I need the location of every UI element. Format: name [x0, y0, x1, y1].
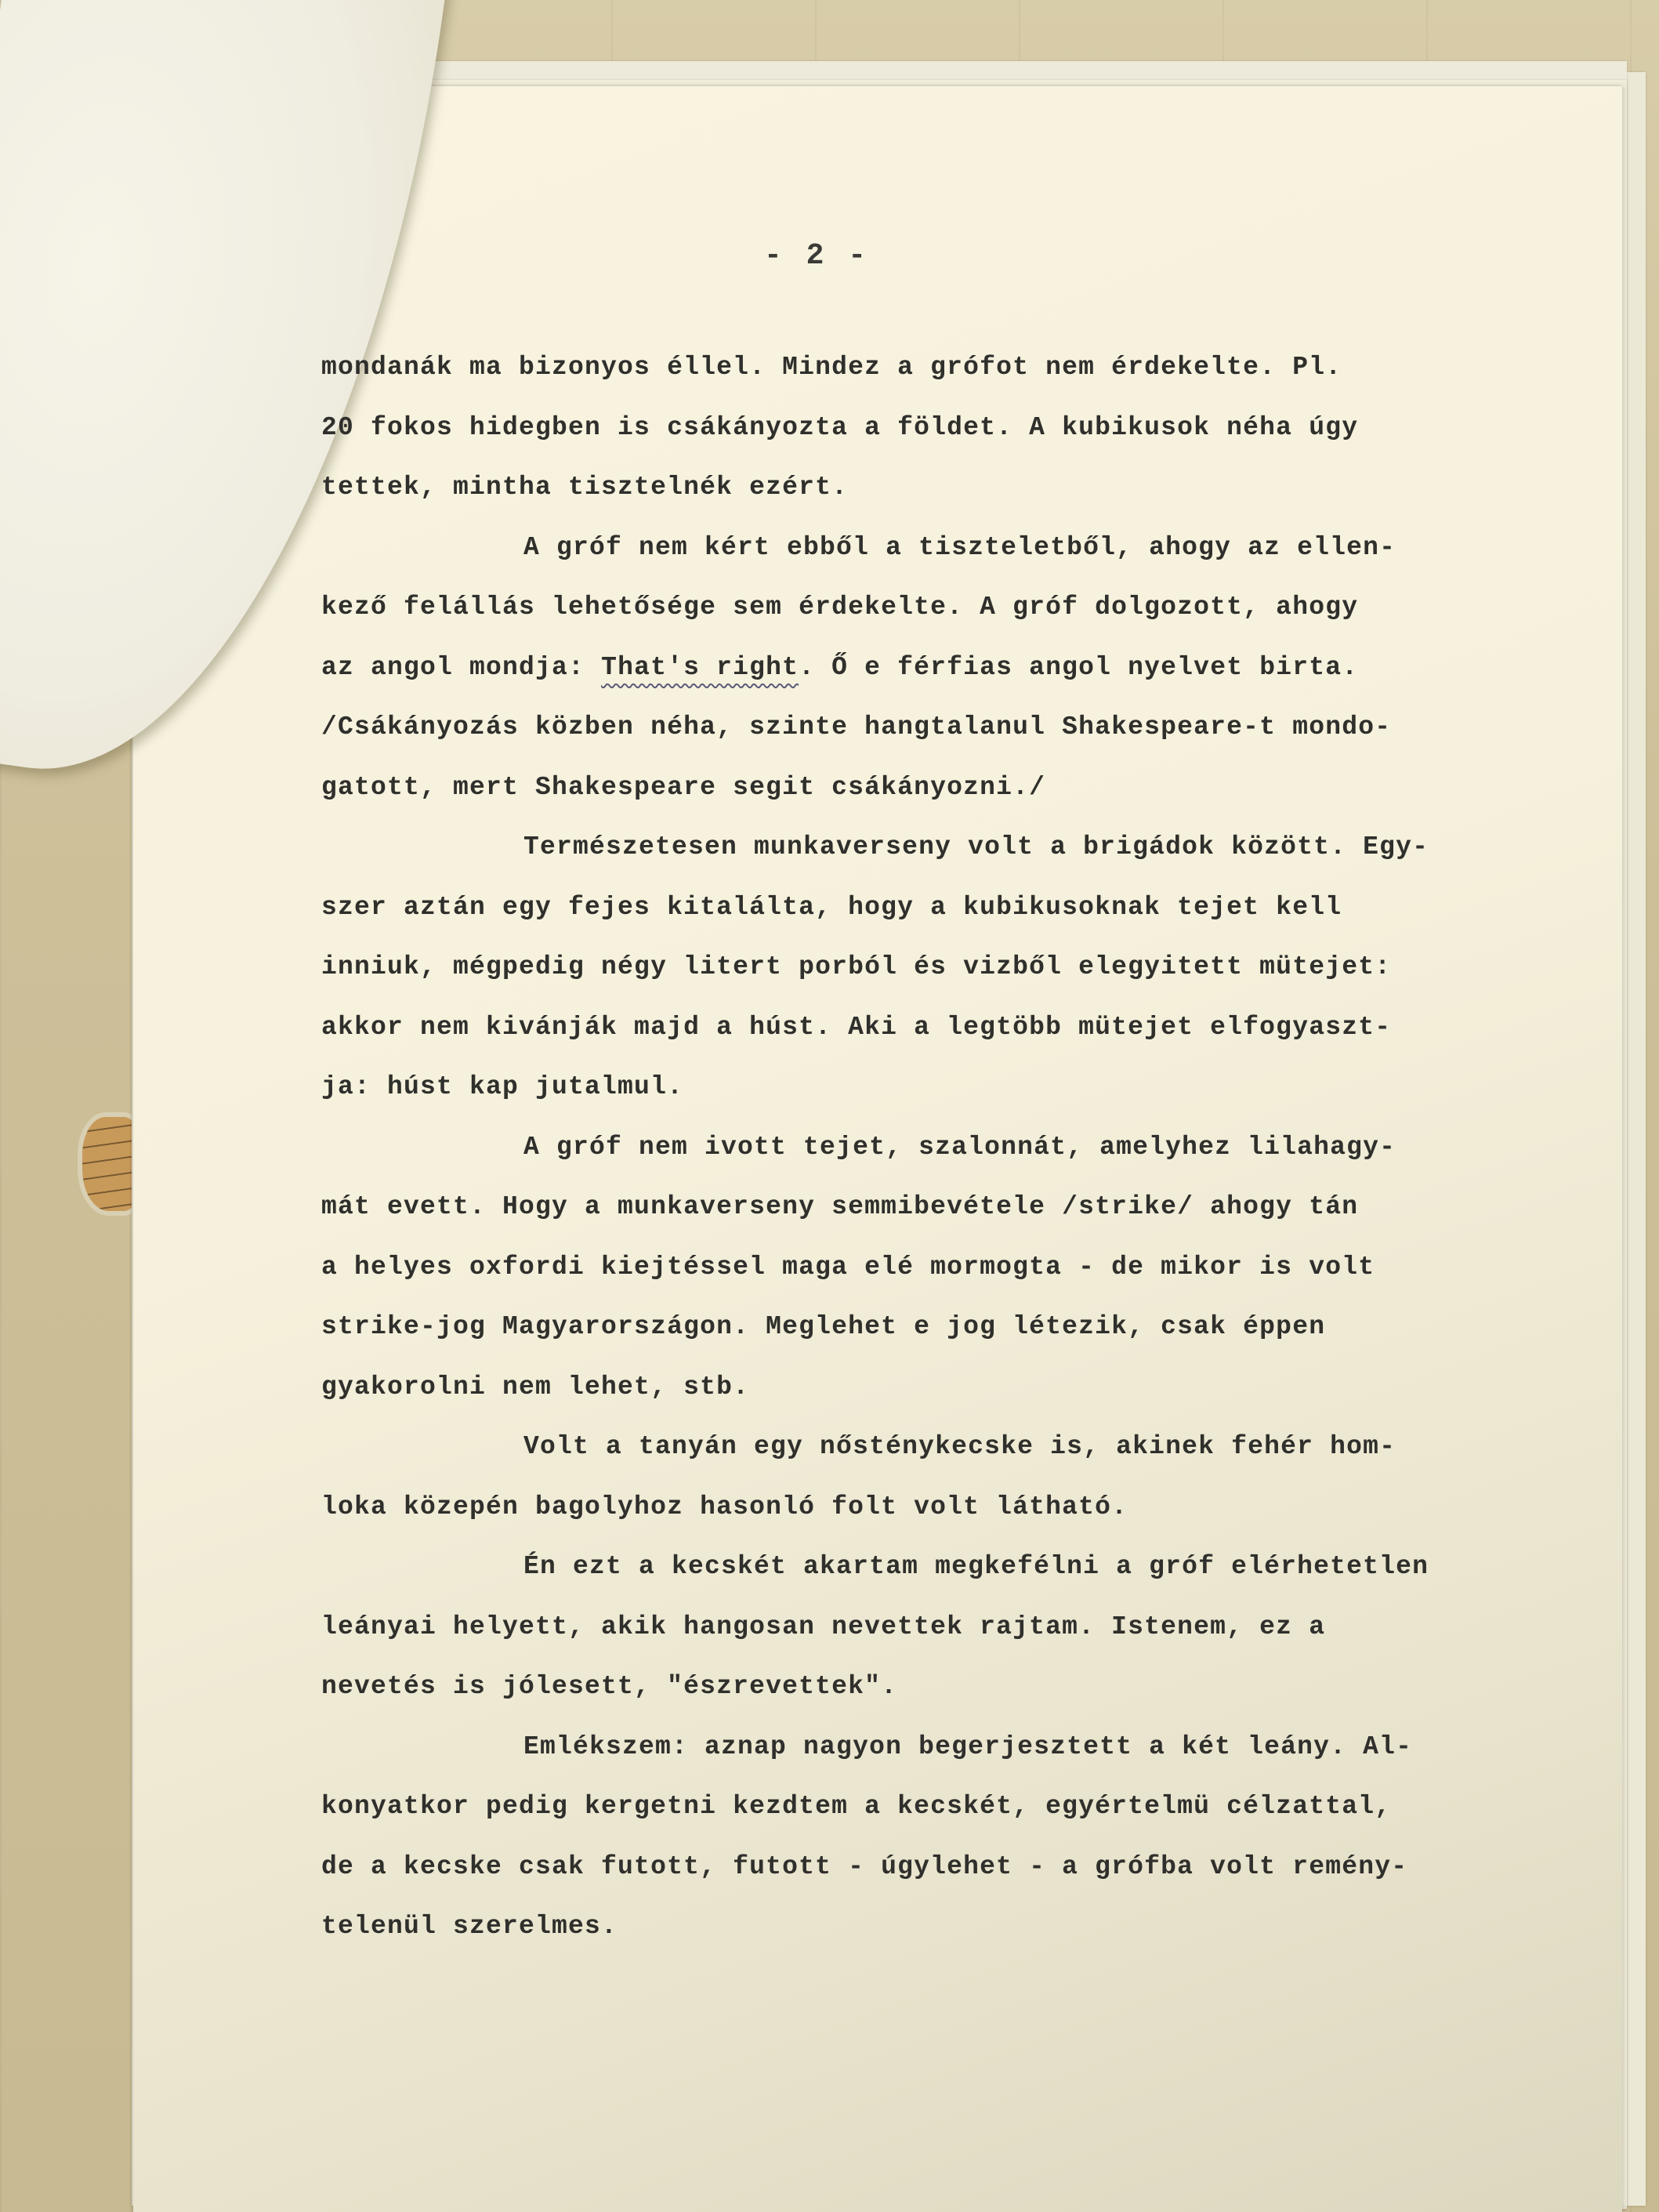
- paragraph-start-line: Természetesen munkaverseny volt a brigád…: [321, 832, 1544, 893]
- text-line: szer aztán egy fejes kitalálta, hogy a k…: [321, 893, 1544, 953]
- paragraph-start-line: A gróf nem ivott tejet, szalonnát, amely…: [321, 1133, 1544, 1193]
- text-line: akkor nem kivánják majd a húst. Aki a le…: [321, 1013, 1544, 1073]
- text-line: telenül szerelmes.: [321, 1912, 1544, 1972]
- text-line: tettek, mintha tisztelnék ezért.: [321, 473, 1544, 533]
- text-line: mondanák ma bizonyos éllel. Mindez a gró…: [321, 353, 1544, 413]
- text-line: a helyes oxfordi kiejtéssel maga elé mor…: [321, 1253, 1544, 1313]
- paragraph-start-line: A gróf nem kért ebből a tiszteletből, ah…: [321, 533, 1544, 593]
- text-line: /Csákányozás közben néha, szinte hangtal…: [321, 713, 1544, 773]
- paragraph-start-line: Emlékszem: aznap nagyon begerjesztett a …: [321, 1732, 1544, 1793]
- text-line: leányai helyett, akik hangosan nevettek …: [321, 1612, 1544, 1673]
- hand-underlined-phrase: That's right: [601, 653, 799, 682]
- paragraph-start-line: Én ezt a kecskét akartam megkefélni a gr…: [321, 1552, 1544, 1612]
- paragraph-start-line: Volt a tanyán egy nősténykecske is, akin…: [321, 1432, 1544, 1492]
- page-number: - 2 -: [764, 239, 869, 273]
- text-line: konyatkor pedig kergetni kezdtem a kecsk…: [321, 1792, 1544, 1852]
- text-line: de a kecske csak futott, futott - úgyleh…: [321, 1852, 1544, 1913]
- text-fragment: az angol mondja:: [321, 653, 601, 682]
- body-text: mondanák ma bizonyos éllel. Mindez a gró…: [321, 353, 1544, 1972]
- text-line: loka közepén bagolyhoz hasonló folt volt…: [321, 1492, 1544, 1553]
- text-line: nevetés is jólesett, "észrevettek".: [321, 1672, 1544, 1732]
- text-line: gyakorolni nem lehet, stb.: [321, 1373, 1544, 1433]
- text-line: ja: húst kap jutalmul.: [321, 1072, 1544, 1133]
- text-line: kező felállás lehetősége sem érdekelte. …: [321, 593, 1544, 653]
- text-line: 20 fokos hidegben is csákányozta a földe…: [321, 413, 1544, 473]
- text-line-with-underline: az angol mondja: That's right. Ő e férfi…: [321, 653, 1544, 713]
- text-line: inniuk, mégpedig négy litert porból és v…: [321, 952, 1544, 1013]
- text-line: mát evett. Hogy a munkaverseny semmibevé…: [321, 1192, 1544, 1253]
- text-line: strike-jog Magyarországon. Meglehet e jo…: [321, 1312, 1544, 1373]
- text-line: gatott, mert Shakespeare segit csákányoz…: [321, 773, 1544, 833]
- text-fragment: . Ő e férfias angol nyelvet birta.: [799, 653, 1358, 682]
